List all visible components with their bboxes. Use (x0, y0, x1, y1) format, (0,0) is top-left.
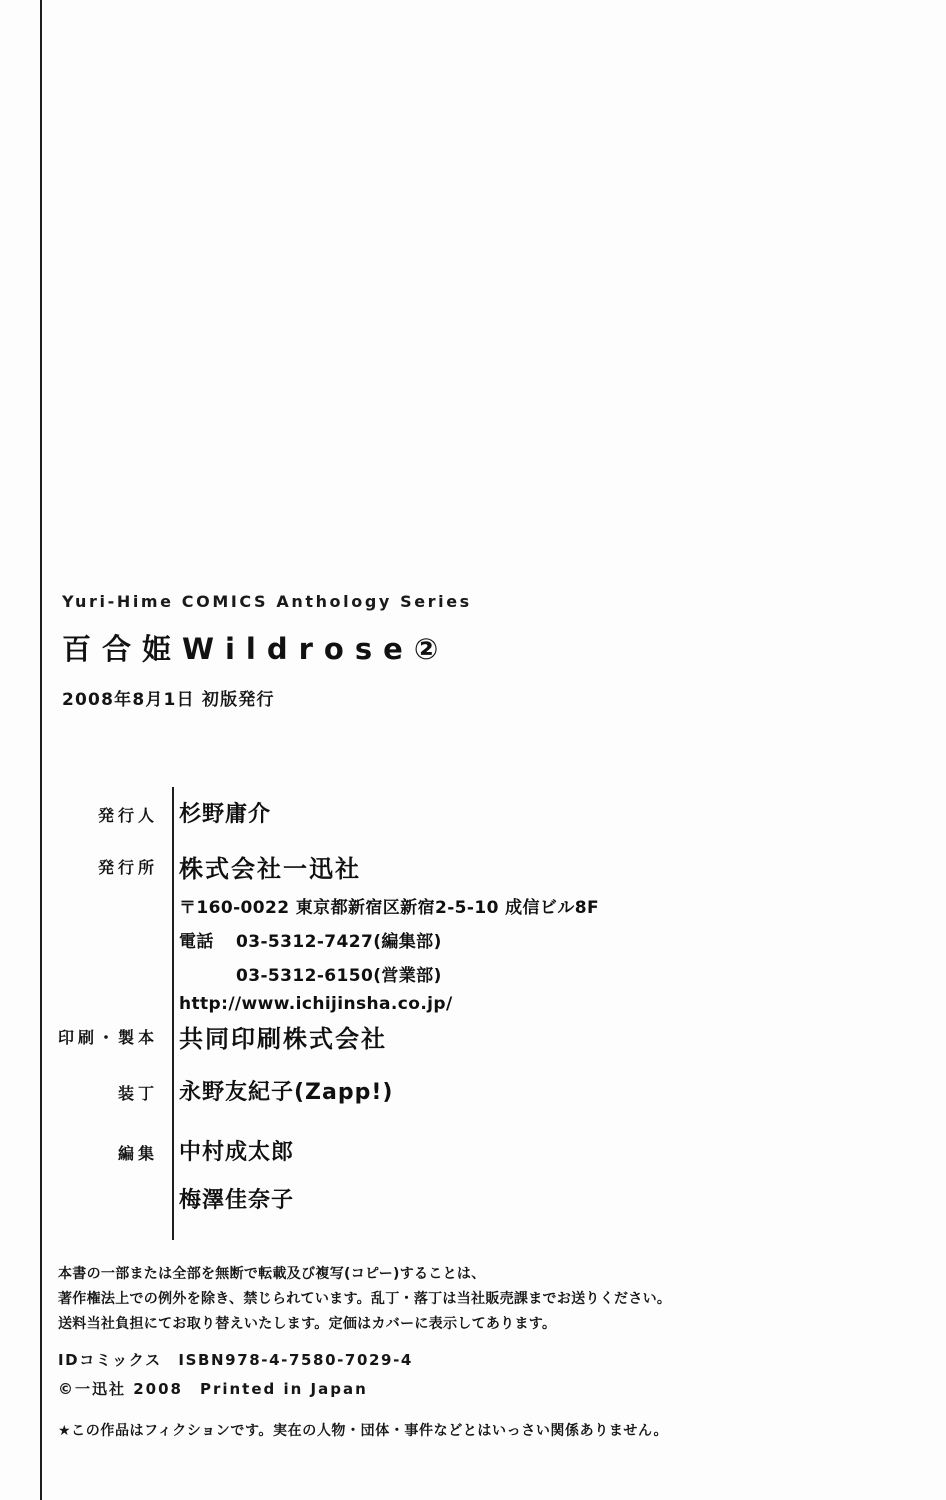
colophon-label-editors: 編集 (0, 1135, 158, 1164)
fiction-notice: ★この作品はフィクションです。実在の人物・団体・事件などとはいっさい関係ありませ… (58, 1420, 918, 1440)
colophon-value-designer: 永野友紀子(Zapp!) (158, 1075, 393, 1106)
phone-label: 電話 (179, 927, 236, 952)
colophon-label-publisher-person: 発行人 (0, 797, 158, 826)
book-title: 百合姫Wildrose② (62, 627, 472, 668)
colophon-label-printer: 印刷・製本 (0, 1019, 158, 1048)
series-title: Yuri-Hime COMICS Anthology Series (62, 592, 472, 611)
legal-notice-line: 本書の一部または全部を無断で転載及び複写(コピー)することは、 (58, 1262, 918, 1287)
publisher-person-name: 杉野庸介 (179, 797, 271, 828)
publisher-phone-editorial-line: 電話 03-5312-7427(編集部) (179, 927, 599, 952)
legal-notice-line: 著作権法上での例外を除き、禁じられています。乱丁・落丁は当社販売課までお送りくだ… (58, 1287, 918, 1312)
edition-date: 2008年8月1日 初版発行 (62, 685, 472, 710)
editor-name-2: 梅澤佳奈子 (179, 1183, 294, 1214)
editor-name-1: 中村成太郎 (179, 1135, 294, 1166)
colophon-row-printer: 印刷・製本 共同印刷株式会社 (0, 1019, 946, 1054)
publisher-address: 〒160-0022 東京都新宿区新宿2-5-10 成信ビル8F (179, 893, 599, 918)
isbn-line: IDコミックス ISBN978-4-7580-7029-4 (58, 1349, 918, 1370)
colophon-table: 発行人 杉野庸介 発行所 株式会社一迅社 〒160-0022 東京都新宿区新宿2… (0, 787, 946, 1242)
colophon-label-publisher-company: 発行所 (0, 849, 158, 878)
phone-label-spacer (179, 961, 236, 986)
colophon-row-publisher-company: 発行所 株式会社一迅社 〒160-0022 東京都新宿区新宿2-5-10 成信ビ… (0, 849, 946, 1014)
printer-company-name: 共同印刷株式会社 (179, 1019, 387, 1054)
designer-name: 永野友紀子(Zapp!) (179, 1075, 393, 1106)
header-block: Yuri-Hime COMICS Anthology Series 百合姫Wil… (62, 592, 472, 710)
footer-block: 本書の一部または全部を無断で転載及び複写(コピー)することは、 著作権法上での例… (58, 1262, 918, 1440)
publisher-phone-editorial: 03-5312-7427(編集部) (236, 927, 442, 952)
colophon-value-editors: 中村成太郎 梅澤佳奈子 (158, 1135, 294, 1214)
publisher-company-name: 株式会社一迅社 (179, 849, 599, 884)
copyright-line: ©一迅社 2008 Printed in Japan (58, 1378, 918, 1399)
legal-notice-line: 送料当社負担にてお取り替えいたします。定価はカバーに表示してあります。 (58, 1312, 918, 1337)
page-edge-rule (40, 0, 42, 1500)
colophon-value-printer: 共同印刷株式会社 (158, 1019, 387, 1054)
colophon-row-publisher-person: 発行人 杉野庸介 (0, 797, 946, 828)
publisher-phone-sales: 03-5312-6150(営業部) (236, 961, 442, 986)
colophon-row-editors: 編集 中村成太郎 梅澤佳奈子 (0, 1135, 946, 1214)
colophon-value-publisher-company: 株式会社一迅社 〒160-0022 東京都新宿区新宿2-5-10 成信ビル8F … (158, 849, 599, 1014)
publisher-phone-sales-line: 03-5312-6150(営業部) (179, 961, 599, 986)
colophon-label-designer: 装丁 (0, 1075, 158, 1104)
colophon-row-designer: 装丁 永野友紀子(Zapp!) (0, 1075, 946, 1106)
colophon-value-publisher-person: 杉野庸介 (158, 797, 271, 828)
publisher-url: http://www.ichijinsha.co.jp/ (179, 994, 599, 1014)
